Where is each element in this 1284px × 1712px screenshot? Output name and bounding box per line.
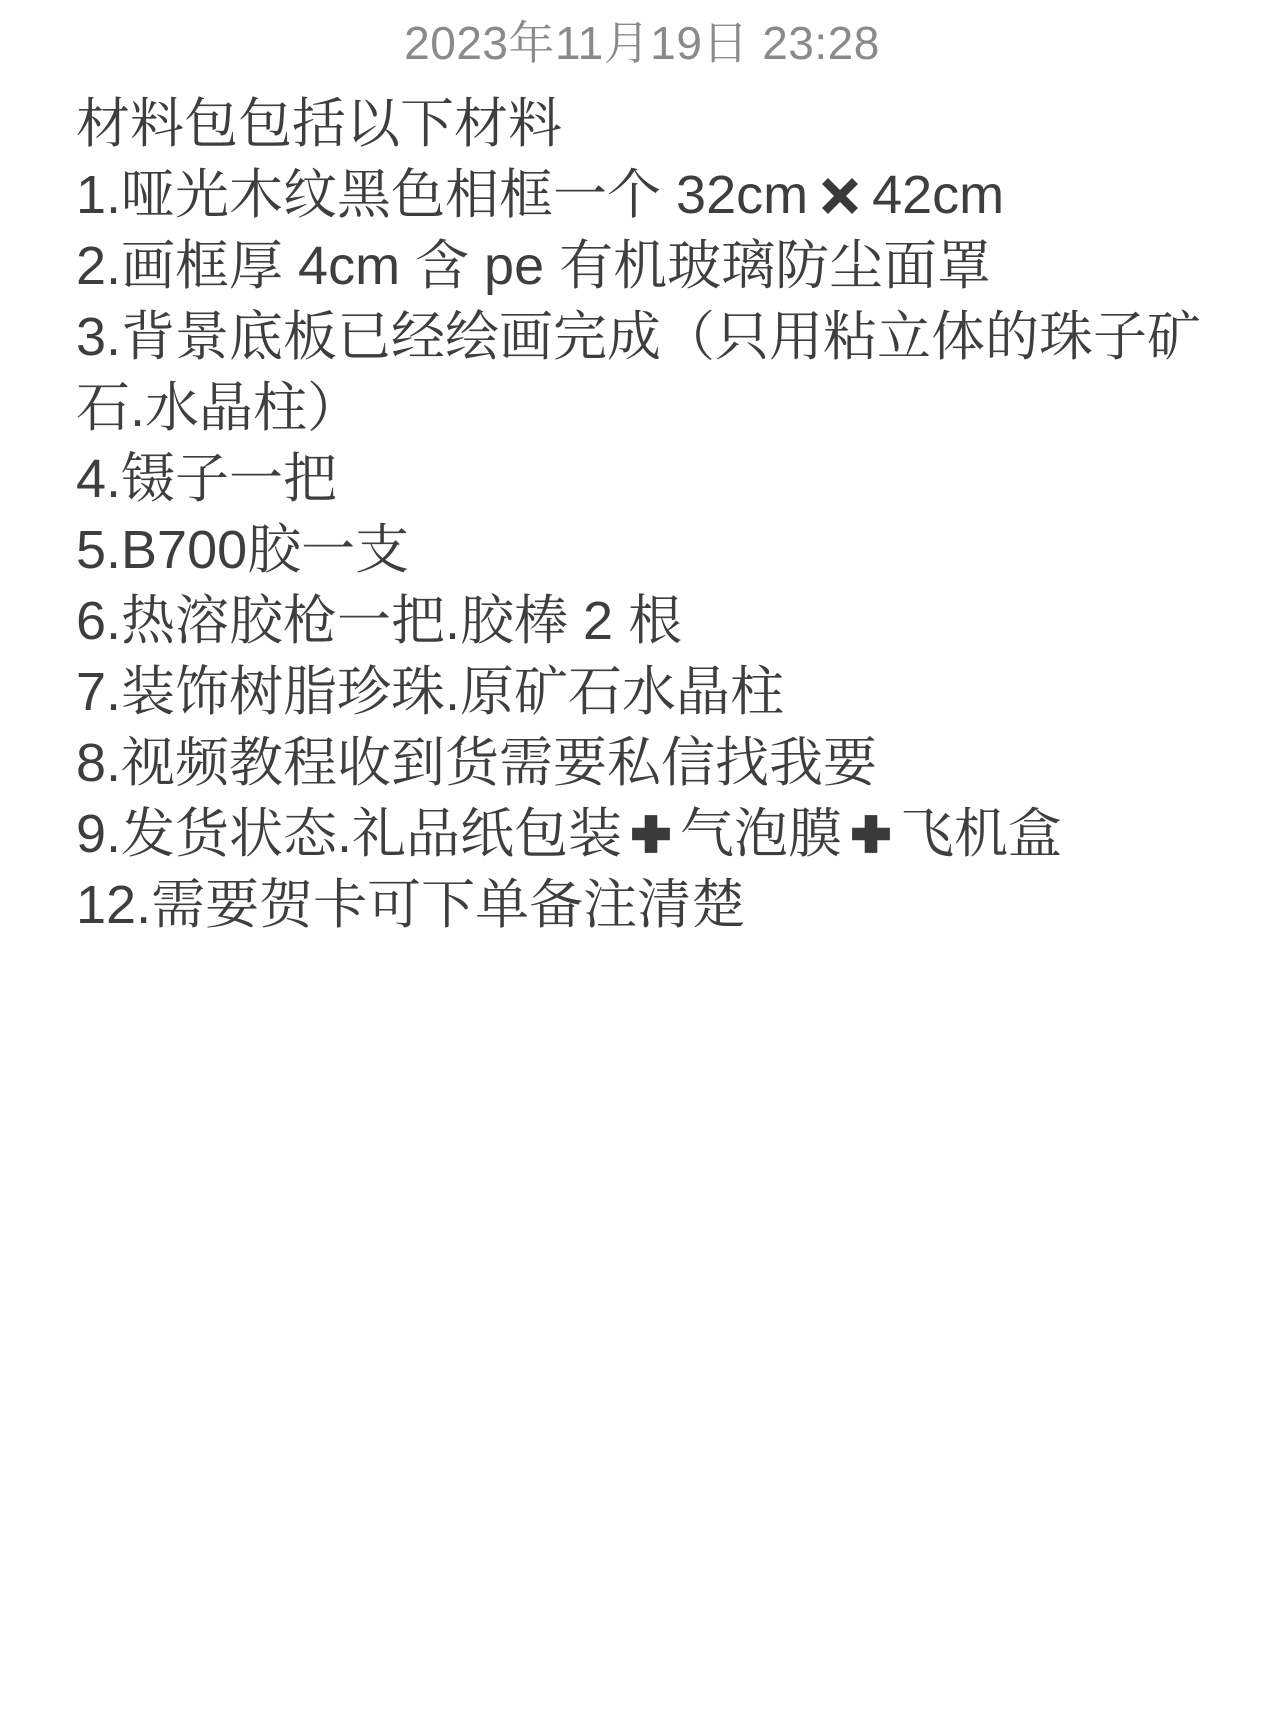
note-line-item3[interactable]: 3.背景底板已经绘画完成（只用粘立体的珠子矿石.水晶柱）: [76, 302, 1208, 444]
heavy-multiplication-x-icon: [820, 176, 860, 216]
note-line-intro[interactable]: 材料包包括以下材料: [76, 89, 1208, 160]
note-body-text-area[interactable]: 材料包包括以下材料 1.哑光木纹黑色相框一个 32cm42cm 2.画框厚 4c…: [0, 89, 1284, 941]
item1-text-after: 42cm: [872, 165, 1004, 225]
note-line-item6[interactable]: 6.热溶胶枪一把.胶棒 2 根: [76, 586, 1208, 657]
item9-segment3: 飞机盒: [900, 804, 1062, 864]
note-line-item2[interactable]: 2.画框厚 4cm 含 pe 有机玻璃防尘面罩: [76, 231, 1208, 302]
heavy-plus-icon: [630, 813, 672, 855]
note-timestamp: 2023年11月19日 23:28: [0, 16, 1284, 71]
note-line-item8[interactable]: 8.视频教程收到货需要私信找我要: [76, 728, 1208, 799]
note-line-item4[interactable]: 4.镊子一把: [76, 444, 1208, 515]
note-page: 2023年11月19日 23:28 材料包包括以下材料 1.哑光木纹黑色相框一个…: [0, 0, 1284, 1712]
note-line-item9[interactable]: 9.发货状态.礼品纸包装气泡膜飞机盒: [76, 799, 1208, 870]
item9-segment1: 9.发货状态.礼品纸包装: [76, 804, 622, 864]
item1-text-before: 1.哑光木纹黑色相框一个 32cm: [76, 165, 808, 225]
note-line-item12[interactable]: 12.需要贺卡可下单备注清楚: [76, 870, 1208, 941]
heavy-plus-icon: [850, 813, 892, 855]
item9-segment2: 气泡膜: [680, 804, 842, 864]
note-line-item1[interactable]: 1.哑光木纹黑色相框一个 32cm42cm: [76, 160, 1208, 231]
note-line-item7[interactable]: 7.装饰树脂珍珠.原矿石水晶柱: [76, 657, 1208, 728]
note-line-item5[interactable]: 5.B700胶一支: [76, 515, 1208, 586]
